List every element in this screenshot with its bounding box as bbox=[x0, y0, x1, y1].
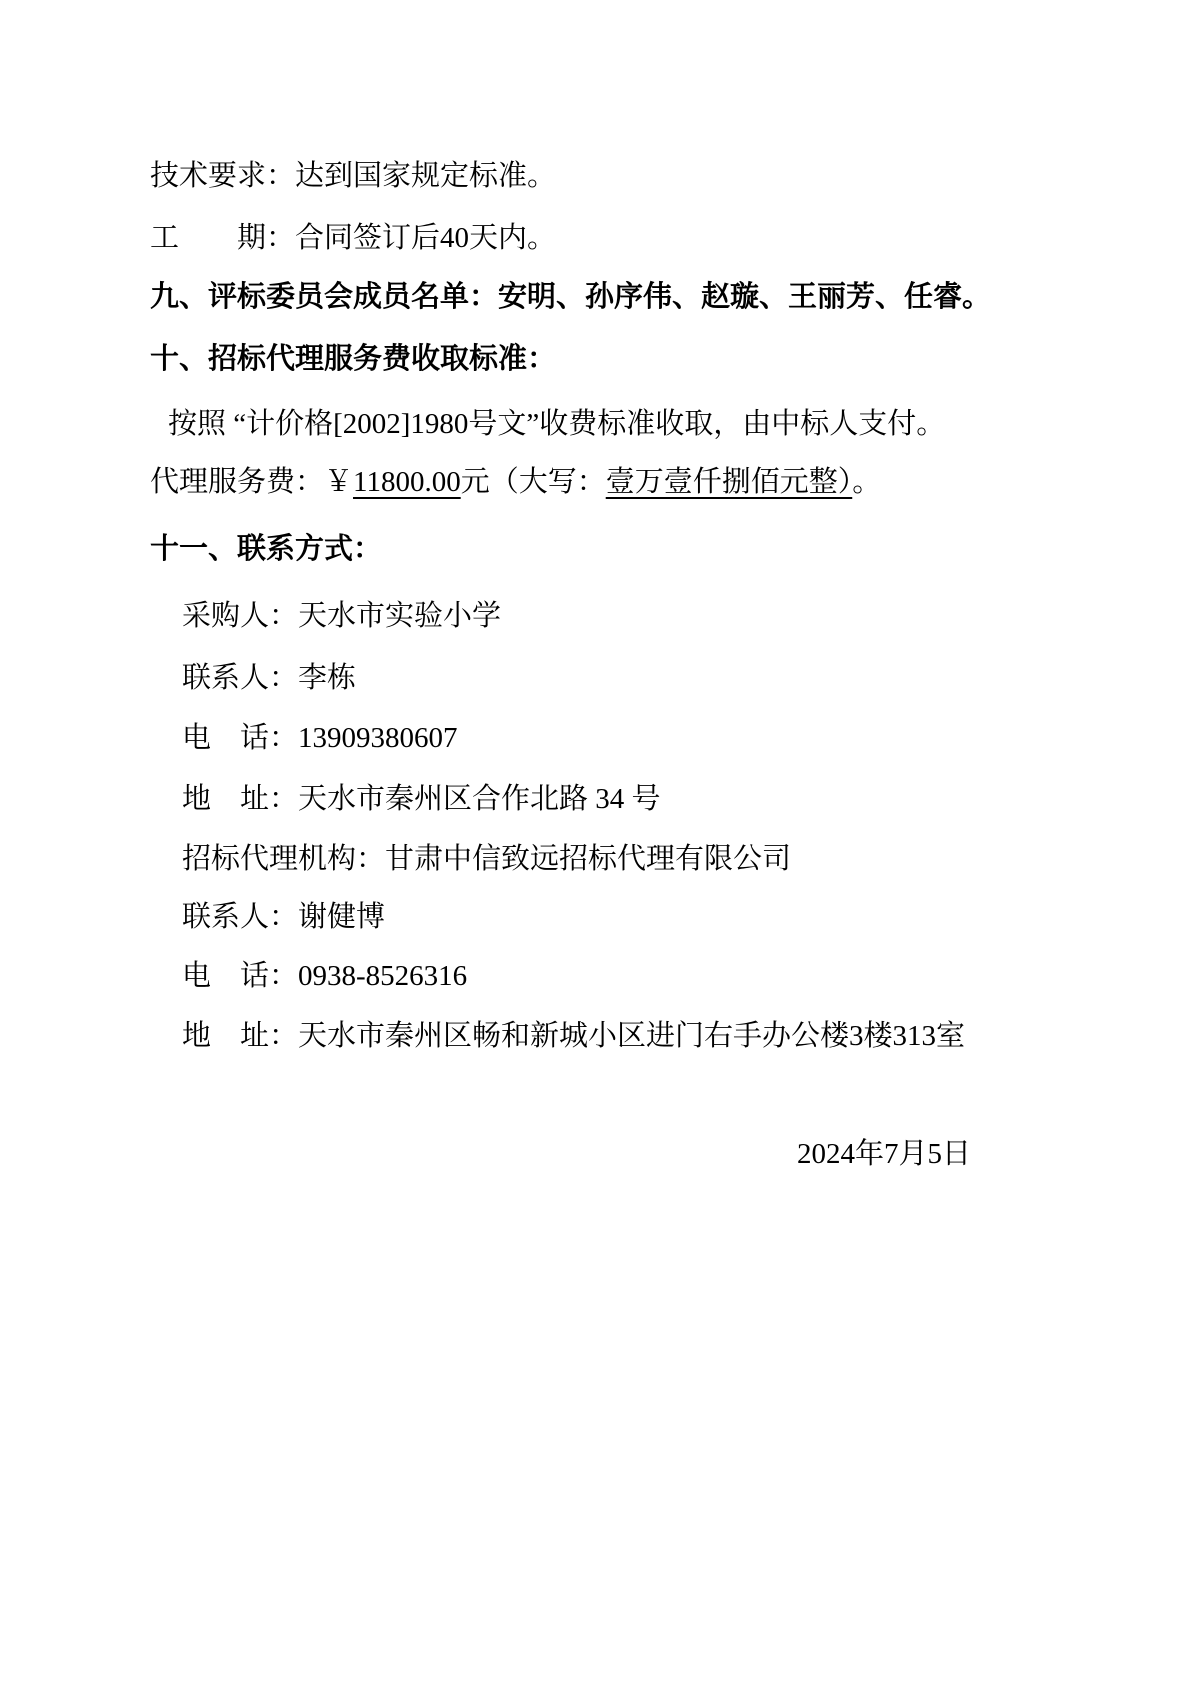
technical-requirements-line: 技术要求：达到国家规定标准。 bbox=[150, 158, 556, 194]
agency-name-line: 招标代理机构：甘肃中信致远招标代理有限公司 bbox=[182, 841, 791, 877]
purchaser-address-line: 地 址：天水市秦州区合作北路 34 号 bbox=[182, 781, 661, 817]
document-date: 2024年7月5日 bbox=[797, 1136, 971, 1172]
document-page: 技术要求：达到国家规定标准。 工 期：合同签订后40天内。 九、评标委员会成员名… bbox=[0, 0, 1191, 1684]
agency-phone-line: 电 话：0938-8526316 bbox=[182, 958, 467, 994]
agency-fee-period: 。 bbox=[852, 466, 881, 498]
purchaser-phone-line: 电 话：13909380607 bbox=[182, 720, 458, 756]
agency-fee-amount-in-words: 壹万壹仟捌佰元整） bbox=[606, 466, 853, 498]
purchaser-contact-line: 联系人：李栋 bbox=[182, 660, 356, 696]
agency-fee-label: 代理服务费：￥ bbox=[150, 466, 353, 498]
agency-fee-amount: 11800.00 bbox=[353, 466, 461, 498]
agency-fee-line: 代理服务费：￥11800.00元（大写：壹万壹仟捌佰元整）。 bbox=[150, 464, 881, 500]
agency-fee-mid-text: 元（大写： bbox=[461, 466, 606, 498]
section-ten-heading: 十、招标代理服务费收取标准： bbox=[150, 341, 556, 377]
fee-basis-paragraph: 按照 “计价格[2002]1980号文”收费标准收取，由中标人支付。 bbox=[168, 406, 945, 442]
agency-contact-line: 联系人：谢健博 bbox=[182, 899, 385, 935]
project-duration-line: 工 期：合同签订后40天内。 bbox=[150, 220, 556, 256]
section-nine-heading: 九、评标委员会成员名单：安明、孙序伟、赵璇、王丽芳、任睿。 bbox=[150, 279, 991, 315]
purchaser-line: 采购人：天水市实验小学 bbox=[182, 598, 501, 634]
agency-address-line: 地 址：天水市秦州区畅和新城小区进门右手办公楼3楼313室 bbox=[182, 1018, 965, 1054]
section-eleven-heading: 十一、联系方式： bbox=[150, 531, 382, 567]
